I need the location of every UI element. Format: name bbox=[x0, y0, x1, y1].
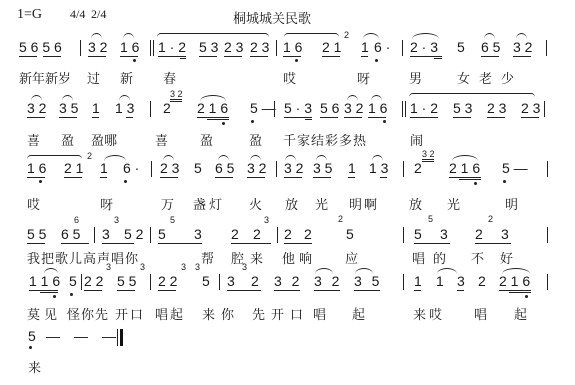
lyric: 莫见 bbox=[27, 304, 61, 323]
note-group: 2 1 bbox=[322, 39, 341, 55]
lyric: 喜 bbox=[27, 130, 40, 149]
lyric: 万 bbox=[161, 194, 174, 213]
lyric: 呀 bbox=[357, 68, 370, 87]
note-group: 3 bbox=[440, 226, 448, 242]
grace-note: 3 bbox=[140, 262, 145, 272]
note-group: 3 bbox=[227, 273, 235, 289]
note-group: 1 bbox=[348, 160, 356, 176]
note-group: 2 3 bbox=[487, 100, 506, 116]
note-group: 5 5 bbox=[27, 226, 46, 242]
note-group: 6 5 bbox=[215, 160, 234, 176]
note-group: 2 bbox=[251, 273, 259, 289]
grace-note: 3 2 bbox=[422, 149, 435, 159]
note-group: 3 2 bbox=[88, 39, 107, 55]
note-group: 1 6 bbox=[27, 160, 46, 176]
note-group: 2 1 6 bbox=[499, 273, 530, 289]
note-group: 1 3 bbox=[369, 160, 388, 176]
grace-note: 3 bbox=[181, 262, 186, 272]
note-group: 1 · 2 bbox=[158, 39, 186, 55]
lyric: 放 bbox=[285, 194, 298, 213]
lyric: 应 bbox=[345, 248, 358, 267]
note-group: 2 3 bbox=[521, 100, 540, 116]
grace-note: 2 bbox=[87, 151, 92, 161]
lyric: 呀 bbox=[100, 194, 113, 213]
note-group: — bbox=[74, 328, 88, 344]
grace-note: 3 bbox=[195, 262, 200, 272]
key-signature: 1=G bbox=[17, 7, 42, 23]
note-group: 6 5 bbox=[481, 39, 500, 55]
lyric: 来 bbox=[28, 357, 41, 376]
lyric: 帮 bbox=[201, 248, 214, 267]
note-group: 1 bbox=[436, 273, 444, 289]
note-group: 2 · 3 bbox=[410, 39, 438, 55]
lyric: 女老少 bbox=[457, 68, 523, 87]
grace-note: 3 bbox=[114, 215, 119, 225]
note-group: 2 3 bbox=[250, 39, 269, 55]
note-group: 1 6 bbox=[120, 39, 139, 55]
note-group: 2 bbox=[478, 273, 486, 289]
note-group: 5 3 bbox=[199, 39, 218, 55]
note-group: 1 · 2 bbox=[410, 100, 438, 116]
note-group: 5 bbox=[202, 273, 210, 289]
lyric: 男 bbox=[409, 68, 422, 87]
lyric: 放 bbox=[409, 194, 422, 213]
note-group: 3 bbox=[194, 226, 202, 242]
note-group: 5 bbox=[69, 273, 77, 289]
note-group: 2 bbox=[253, 226, 261, 242]
song-title: 桐城城关民歌 bbox=[233, 8, 311, 27]
grace-note: 2 bbox=[338, 214, 343, 224]
note-group: 3 2 bbox=[27, 100, 46, 116]
note-group: 2 2 bbox=[84, 273, 103, 289]
note-group: 2 bbox=[284, 226, 292, 242]
note-group: 2 3 bbox=[160, 160, 179, 176]
lyric: 新年新岁 bbox=[19, 68, 71, 87]
note-group: 3 bbox=[102, 226, 110, 242]
note-group: 2 bbox=[163, 100, 171, 116]
note-group: 1 1 6 bbox=[29, 273, 60, 289]
note-group: — bbox=[102, 328, 116, 344]
lyric: 盈 bbox=[200, 130, 213, 149]
lyric: 唱 bbox=[474, 304, 487, 323]
note-group: 1 6 bbox=[368, 100, 387, 116]
grace-note: 6 bbox=[74, 215, 79, 225]
lyric: 千家结彩多热 bbox=[283, 130, 367, 149]
note-group: 5 bbox=[158, 226, 166, 242]
note-group: 3 2 bbox=[247, 160, 266, 176]
note-group: 5 bbox=[346, 226, 354, 242]
lyric: 过 bbox=[87, 68, 100, 87]
lyric: 唱 bbox=[313, 304, 326, 323]
note-group: 2 bbox=[475, 226, 483, 242]
note-group: 1 bbox=[361, 39, 369, 55]
note-group: 5 bbox=[28, 328, 36, 344]
grace-note: 5 bbox=[170, 215, 175, 225]
lyric: 不 bbox=[471, 248, 484, 267]
lyric: 盈 bbox=[249, 130, 262, 149]
lyric: 盈 bbox=[61, 130, 74, 149]
lyric: 他响 bbox=[282, 248, 316, 267]
lyric: 腔来 bbox=[231, 248, 269, 267]
lyric: 明啊 bbox=[349, 194, 379, 213]
lyric: 开口 bbox=[115, 304, 145, 323]
grace-note: 2 bbox=[488, 214, 493, 224]
note-group: 2 1 bbox=[64, 160, 83, 176]
note-group: 1 bbox=[100, 160, 108, 176]
grace-note: 3 bbox=[106, 262, 111, 272]
note-group: 3 bbox=[501, 226, 509, 242]
final-barline bbox=[117, 329, 118, 346]
note-group: 1 bbox=[414, 273, 422, 289]
note-group: 3 2 bbox=[513, 39, 532, 55]
note-group: 5 bbox=[194, 160, 202, 176]
note-group: 5 2 bbox=[124, 226, 143, 242]
note-group: 2 2 bbox=[158, 273, 177, 289]
note-group: 2 bbox=[304, 226, 312, 242]
note-group: 2 bbox=[414, 160, 422, 176]
note-group: 5 bbox=[457, 39, 465, 55]
lyric: 好 bbox=[500, 248, 513, 267]
note-group: 3 5 bbox=[313, 160, 332, 176]
lyric: 新 bbox=[120, 68, 133, 87]
note-group: 3 bbox=[457, 273, 465, 289]
lyric: 起 bbox=[352, 304, 365, 323]
note-group: 3 2 bbox=[314, 273, 339, 289]
note-group: 1 3 bbox=[115, 100, 134, 116]
barline bbox=[80, 40, 81, 56]
note-group: 5 bbox=[414, 226, 422, 242]
note-group: 6 · bbox=[374, 39, 390, 55]
grace-note: 3 2 bbox=[170, 89, 183, 99]
lyric: 盈哪 bbox=[91, 130, 117, 149]
note-group: 3 2 bbox=[344, 100, 363, 116]
note-group: 5 5 bbox=[117, 273, 136, 289]
lyric: 唱起 bbox=[155, 304, 185, 323]
grace-note: 5 bbox=[428, 214, 433, 224]
lyric: 盏灯 bbox=[193, 194, 225, 213]
lyric: 怪你先 bbox=[67, 304, 109, 323]
lyric: 火 bbox=[249, 194, 262, 213]
lyric: 哎 bbox=[27, 194, 40, 213]
note-group: 5 — bbox=[502, 160, 528, 176]
note-group: 5 6 5 6 bbox=[19, 39, 62, 55]
lyric: 来哎 bbox=[413, 304, 445, 323]
note-group: 3 2 bbox=[274, 273, 299, 289]
lyric: 唱的 bbox=[412, 248, 454, 267]
note-group: 5 — bbox=[250, 100, 276, 116]
lyric: 起 bbox=[514, 304, 527, 323]
note-group: 1 6 bbox=[283, 39, 302, 55]
note-group: 3 2 bbox=[284, 160, 303, 176]
note-group: 2 1 6 bbox=[449, 160, 480, 176]
grace-note: 2 bbox=[344, 30, 349, 40]
note-group: 5 3 bbox=[453, 100, 472, 116]
note-group: 2 1 6 bbox=[197, 100, 228, 116]
lyric: 明 bbox=[505, 194, 518, 213]
lyric: 先开口 bbox=[252, 304, 309, 323]
note-group: — bbox=[46, 328, 60, 344]
final-barline-thick bbox=[120, 329, 123, 346]
lyric: 闹 bbox=[410, 130, 423, 149]
note-group: 2 3 bbox=[224, 39, 243, 55]
lyric: 光 bbox=[447, 194, 460, 213]
time-signature-4-4: 4/4 bbox=[70, 7, 85, 22]
note-group: 3 5 bbox=[354, 273, 379, 289]
lyric: 光 bbox=[315, 194, 328, 213]
grace-note: 3 bbox=[242, 262, 247, 272]
lyric: 来你 bbox=[202, 304, 240, 323]
note-group: 2 bbox=[231, 226, 239, 242]
note-group: 5 6 bbox=[320, 100, 339, 116]
lyric: 喜 bbox=[155, 130, 168, 149]
note-group: 5 · 3 bbox=[284, 100, 312, 116]
note-group: 6 5 bbox=[61, 226, 80, 242]
note-group: 6 · bbox=[123, 160, 139, 176]
note-group: 3 5 bbox=[59, 100, 78, 116]
lyric: 哎 bbox=[283, 68, 296, 87]
time-signature-2-4: 2/4 bbox=[91, 7, 106, 22]
lyric: 我把歌儿高声唱你 bbox=[27, 248, 139, 267]
note-group: 1 bbox=[92, 100, 100, 116]
grace-note: 3 bbox=[264, 215, 269, 225]
lyric: 春 bbox=[163, 68, 176, 87]
